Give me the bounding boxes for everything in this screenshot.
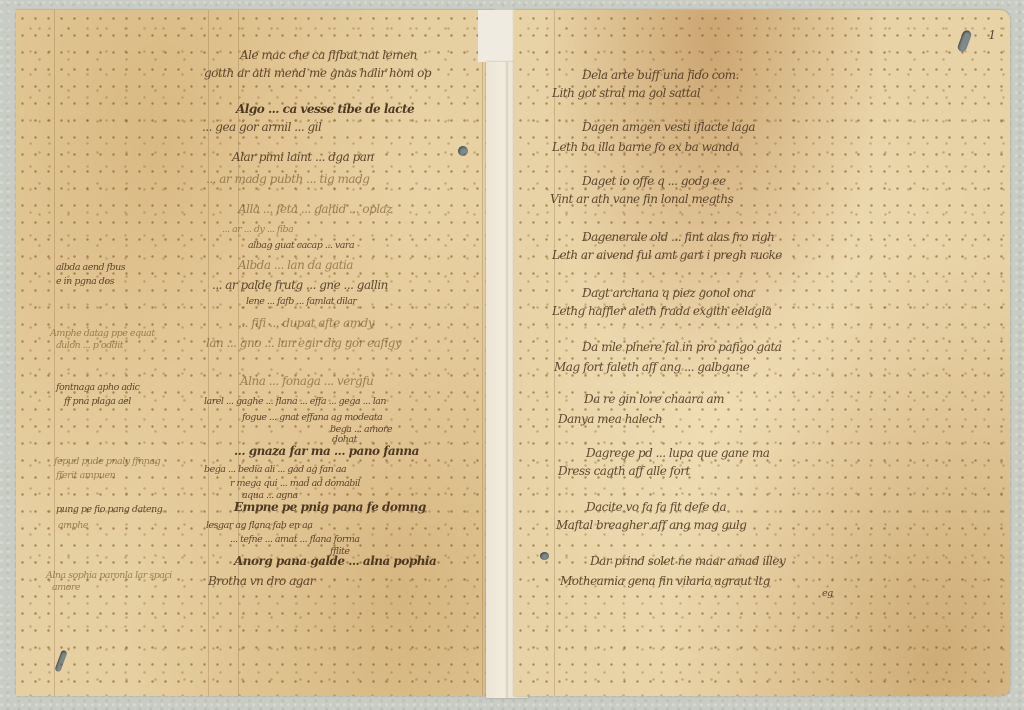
entry-line: bega ... bedia ali ... gad ag fan aa [204,464,346,475]
marginal-note: aulon ... p oddit [56,340,123,351]
margin-rule [554,10,555,696]
entry-line: Dela arte buff una fido com. [582,68,739,82]
entry-line: ... fifi ... dupat afte amdy [238,316,374,330]
entry-line: Anorg pana galde ... alna pophia [234,554,436,568]
entry-line: ... ar madg pubth ... tig madg [206,172,369,186]
entry-line: Dar prind solet ne maar amad illey [590,554,785,568]
entry-line: Dress cagth aff alle fort [558,464,690,478]
entry-line: Algo ... ca vesse tibe de lacte [236,102,414,116]
entry-line: Vint ar ath vane fin lonal megths [550,192,733,206]
entry-line: ... gnaza far ma ... pano fanna [234,444,419,458]
entry-line: Dagen amgen vesti iflacte laga [582,120,755,134]
entry-line: ... gea gor armil ... gil [202,120,321,134]
entry-line: eg [822,588,833,599]
margin-rule [208,10,209,696]
entry-line: ... ar ... dy ... fiba [222,224,293,235]
wormhole [540,552,549,560]
left-page: Ale mac che ca fifbat nat lemen gotth ar… [16,10,494,696]
entry-line: Dagrege pd ... lupa que gane ma [586,446,769,460]
marginal-note: amore [52,582,80,593]
marginal-note: Alna sophia paronla lar spaci [46,570,172,581]
entry-line: Daget io offe q ... godg ee [582,174,726,188]
entry-line: Ale mac che ca fifbat nat lemen [240,48,417,62]
entry-line: larel ... gaghe ... flana ... effa ... g… [204,396,386,407]
entry-line: Lethg haffier aleth frada exgith eelagla [552,304,771,318]
folio-number: 1 [988,28,996,42]
entry-line: r mega qui ... mad ad domabil [230,478,360,489]
entry-line: gotth ar ath mend me gnas halir hom op [204,66,431,80]
entry-line: Dagenerale old ... fint alas fro righ [582,230,774,244]
wormhole [458,146,468,156]
entry-line: Empne pe pnig pana fe domng [234,500,426,514]
entry-line: Da mle plnere fal in pro pafigo gata [582,340,781,354]
marginal-note: fferit ampuen [56,470,115,481]
marginal-note: fontnaga apho adic [56,382,139,393]
entry-line: Danya mea halech [558,412,662,426]
entry-line: Alar pimi laint ... dga pan [232,150,374,164]
binding-guard-top [478,10,518,62]
marginal-note: albda aend fbus [56,262,125,273]
margin-rule [482,10,483,696]
entry-line: Da re gin lore chaara am [584,392,724,406]
entry-line: Albda ... lan da gatia [238,258,353,272]
entry-line: fogue ... gnat effana ag modeata [242,412,382,423]
entry-line: Alna ... fonaga ... vergfu [240,374,373,388]
entry-line: lene ... fafb ... famlat dilar [246,296,356,307]
stitch-hole [54,650,67,673]
marginal-note: amphe [58,520,88,531]
entry-line: Leth ba illa barne fo ex ba wanda [552,140,739,154]
entry-line: Leth ar aivend ful amt gart i pregh ruck… [552,248,782,262]
marginal-note: e in pgna dos [56,276,114,287]
marginal-note: fepud pude pnaly ffnnag [54,456,160,467]
entry-line: ... tefne ... amat ... flana forma [230,534,360,545]
entry-line: Alla ... feta ... gahid ... oplaz [238,202,392,216]
entry-line: Motheamia gena fin vilaria agraut ltg [560,574,770,588]
marginal-note: pung pe fio pang dateng [56,504,162,515]
marginal-note: ff pna plaga ael [64,396,131,407]
marginal-note: Amphe datag ppe equat [50,328,155,339]
entry-line: Dacite vo fa fa fit defe da [586,500,726,514]
right-page: 1 Dela arte buff una fido com. Lith got … [514,10,1010,696]
entry-line: albag guat cacap ... vara [248,240,354,251]
entry-line: lan ... gno ... lan egir dig gor eafigy [206,336,401,350]
entry-line: Brotha vn dro agar [208,574,315,588]
entry-line: Dagt archana q piez gonol ona [582,286,754,300]
entry-line: Lith got stral ma gol sattal [552,86,700,100]
entry-line: ... ar palde frutg ... gne ... gallin [212,278,388,292]
margin-rule [54,10,55,696]
entry-line: lesgar ag flana fab en aa [206,520,313,531]
entry-line: Maftal breagher aff ang mag gulg [556,518,746,532]
entry-line: Mag fort faleth aff ang ... galbgane [554,360,749,374]
stitch-hole [957,29,973,53]
